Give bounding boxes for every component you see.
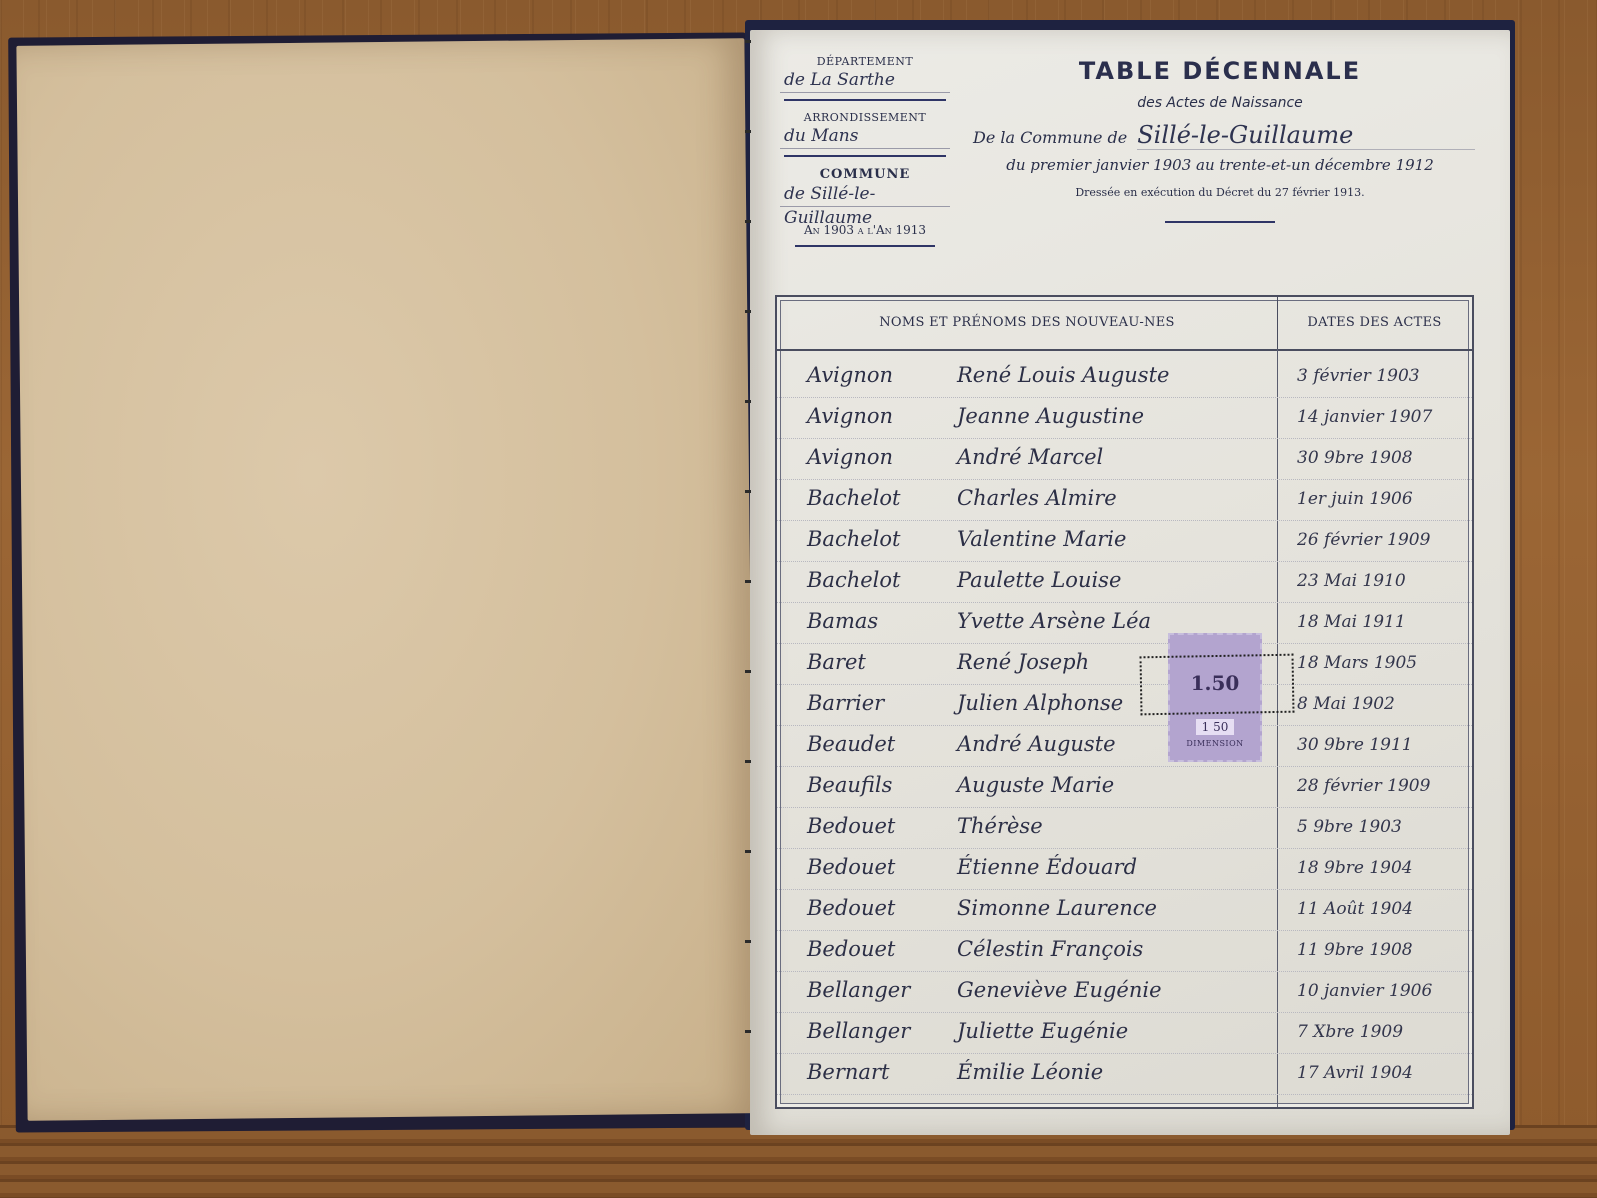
act-date: 30 9bre 1908 [1297, 448, 1467, 468]
commune-prefix: De la Commune de [973, 128, 1127, 147]
surname: Barrier [807, 691, 957, 715]
decree-text: Dressée en exécution du Décret du 27 fév… [965, 186, 1475, 199]
divider [784, 99, 946, 101]
table-row: BedouetThérèse5 9bre 1903 [777, 808, 1472, 849]
given-names: René Joseph [957, 650, 1089, 674]
table-row: BedouetCélestin François11 9bre 1908 [777, 931, 1472, 972]
column-header-names: NOMS ET PRÉNOMS DES NOUVEAU-NES [777, 297, 1278, 351]
table-row: BeaudetAndré Auguste30 9bre 1911 [777, 726, 1472, 767]
blank-left-page [16, 38, 755, 1121]
given-names: Yvette Arsène Léa [957, 609, 1151, 633]
table-row: BedouetSimonne Laurence11 Août 1904 [777, 890, 1472, 931]
table-rows: AvignonRené Louis Auguste3 février 1903 … [777, 357, 1472, 1095]
departement-label: DÉPARTEMENT [780, 55, 950, 68]
period-text: du premier janvier 1903 au trente-et-un … [965, 156, 1475, 174]
act-date: 1er juin 1906 [1297, 489, 1467, 509]
commune-label: COMMUNE [780, 167, 950, 182]
surname: Bellanger [807, 978, 957, 1002]
act-date: 5 9bre 1903 [1297, 817, 1467, 837]
act-date: 26 février 1909 [1297, 530, 1467, 550]
table-row: BeaufilsAuguste Marie28 février 1909 [777, 767, 1472, 808]
table-row: BellangerJuliette Eugénie7 Xbre 1909 [777, 1013, 1472, 1054]
surname: Bernart [807, 1060, 957, 1084]
given-names: Étienne Édouard [957, 855, 1137, 879]
given-names: Valentine Marie [957, 527, 1126, 551]
given-names: Émilie Léonie [957, 1060, 1103, 1084]
act-date: 11 9bre 1908 [1297, 940, 1467, 960]
table-row: AvignonRené Louis Auguste3 février 1903 [777, 357, 1472, 398]
table-row: BernartÉmilie Léonie17 Avril 1904 [777, 1054, 1472, 1095]
given-names: Charles Almire [957, 486, 1117, 510]
surname: Bachelot [807, 486, 957, 510]
act-date: 18 Mars 1905 [1297, 653, 1467, 673]
ornament-rule [795, 245, 935, 247]
binding-stitches [745, 40, 751, 1120]
years-range: An 1903 a l'An 1913 [780, 223, 950, 237]
act-date: 18 Mai 1911 [1297, 612, 1467, 632]
surname: Baret [807, 650, 957, 674]
surname: Bedouet [807, 937, 957, 961]
surname: Beaufils [807, 773, 957, 797]
surname: Bamas [807, 609, 957, 633]
surname: Bachelot [807, 568, 957, 592]
given-names: Julien Alphonse [957, 691, 1123, 715]
stamp-label: DIMENSION [1170, 739, 1260, 748]
page-subtitle: des Actes de Naissance [965, 95, 1475, 111]
stamp-small-value: 1 50 [1196, 719, 1235, 735]
given-names: Paulette Louise [957, 568, 1121, 592]
given-names: Célestin François [957, 937, 1143, 961]
wooden-table [0, 1125, 1597, 1198]
table-row: BellangerGeneviève Eugénie10 janvier 190… [777, 972, 1472, 1013]
surname: Bedouet [807, 814, 957, 838]
commune-handwritten: Sillé-le-Guillaume [1137, 121, 1475, 150]
birth-register-table: NOMS ET PRÉNOMS DES NOUVEAU-NES DATES DE… [775, 295, 1474, 1109]
page-title: TABLE DÉCENNALE [965, 57, 1475, 85]
given-names: Auguste Marie [957, 773, 1114, 797]
table-row: BaretRené Joseph18 Mars 1905 [777, 644, 1472, 685]
ornament-rule [1165, 221, 1275, 223]
table-row: BachelotPaulette Louise23 Mai 1910 [777, 562, 1472, 603]
given-names: André Auguste [957, 732, 1116, 756]
column-header-dates: DATES DES ACTES [1277, 297, 1472, 351]
act-date: 28 février 1909 [1297, 776, 1467, 796]
given-names: Simonne Laurence [957, 896, 1157, 920]
arrondissement-label: ARRONDISSEMENT [780, 111, 950, 124]
act-date: 11 Août 1904 [1297, 899, 1467, 919]
divider [784, 155, 946, 157]
surname: Bedouet [807, 896, 957, 920]
commune-line: De la Commune de Sillé-le-Guillaume [965, 121, 1475, 150]
act-date: 10 janvier 1906 [1297, 981, 1467, 1001]
commune-value: de Sillé-le-Guillaume [780, 182, 950, 207]
given-names: Thérèse [957, 814, 1043, 838]
given-names: André Marcel [957, 445, 1103, 469]
act-date: 8 Mai 1902 [1297, 694, 1467, 714]
given-names: René Louis Auguste [957, 363, 1169, 387]
act-date: 23 Mai 1910 [1297, 571, 1467, 591]
arrondissement-value: du Mans [780, 124, 950, 149]
departement-value: de La Sarthe [780, 68, 950, 93]
given-names: Juliette Eugénie [957, 1019, 1128, 1043]
given-names: Jeanne Augustine [957, 404, 1144, 428]
administrative-header: DÉPARTEMENT de La Sarthe ARRONDISSEMENT … [780, 55, 950, 247]
stamp-perforation-cancel [1139, 654, 1294, 716]
table-row: BamasYvette Arsène Léa18 Mai 1911 [777, 603, 1472, 644]
surname: Beaudet [807, 732, 957, 756]
act-date: 14 janvier 1907 [1297, 407, 1467, 427]
act-date: 7 Xbre 1909 [1297, 1022, 1467, 1042]
act-date: 30 9bre 1911 [1297, 735, 1467, 755]
table-row: BachelotCharles Almire1er juin 1906 [777, 480, 1472, 521]
surname: Avignon [807, 445, 957, 469]
surname: Bedouet [807, 855, 957, 879]
surname: Bachelot [807, 527, 957, 551]
table-row: AvignonJeanne Augustine14 janvier 1907 [777, 398, 1472, 439]
table-row: BarrierJulien Alphonse8 Mai 1902 [777, 685, 1472, 726]
title-block: TABLE DÉCENNALE des Actes de Naissance D… [965, 55, 1475, 223]
surname: Avignon [807, 404, 957, 428]
act-date: 3 février 1903 [1297, 366, 1467, 386]
surname: Avignon [807, 363, 957, 387]
act-date: 18 9bre 1904 [1297, 858, 1467, 878]
surname: Bellanger [807, 1019, 957, 1043]
act-date: 17 Avril 1904 [1297, 1063, 1467, 1083]
table-row: AvignonAndré Marcel30 9bre 1908 [777, 439, 1472, 480]
table-row: BachelotValentine Marie26 février 1909 [777, 521, 1472, 562]
given-names: Geneviève Eugénie [957, 978, 1162, 1002]
table-row: BedouetÉtienne Édouard18 9bre 1904 [777, 849, 1472, 890]
